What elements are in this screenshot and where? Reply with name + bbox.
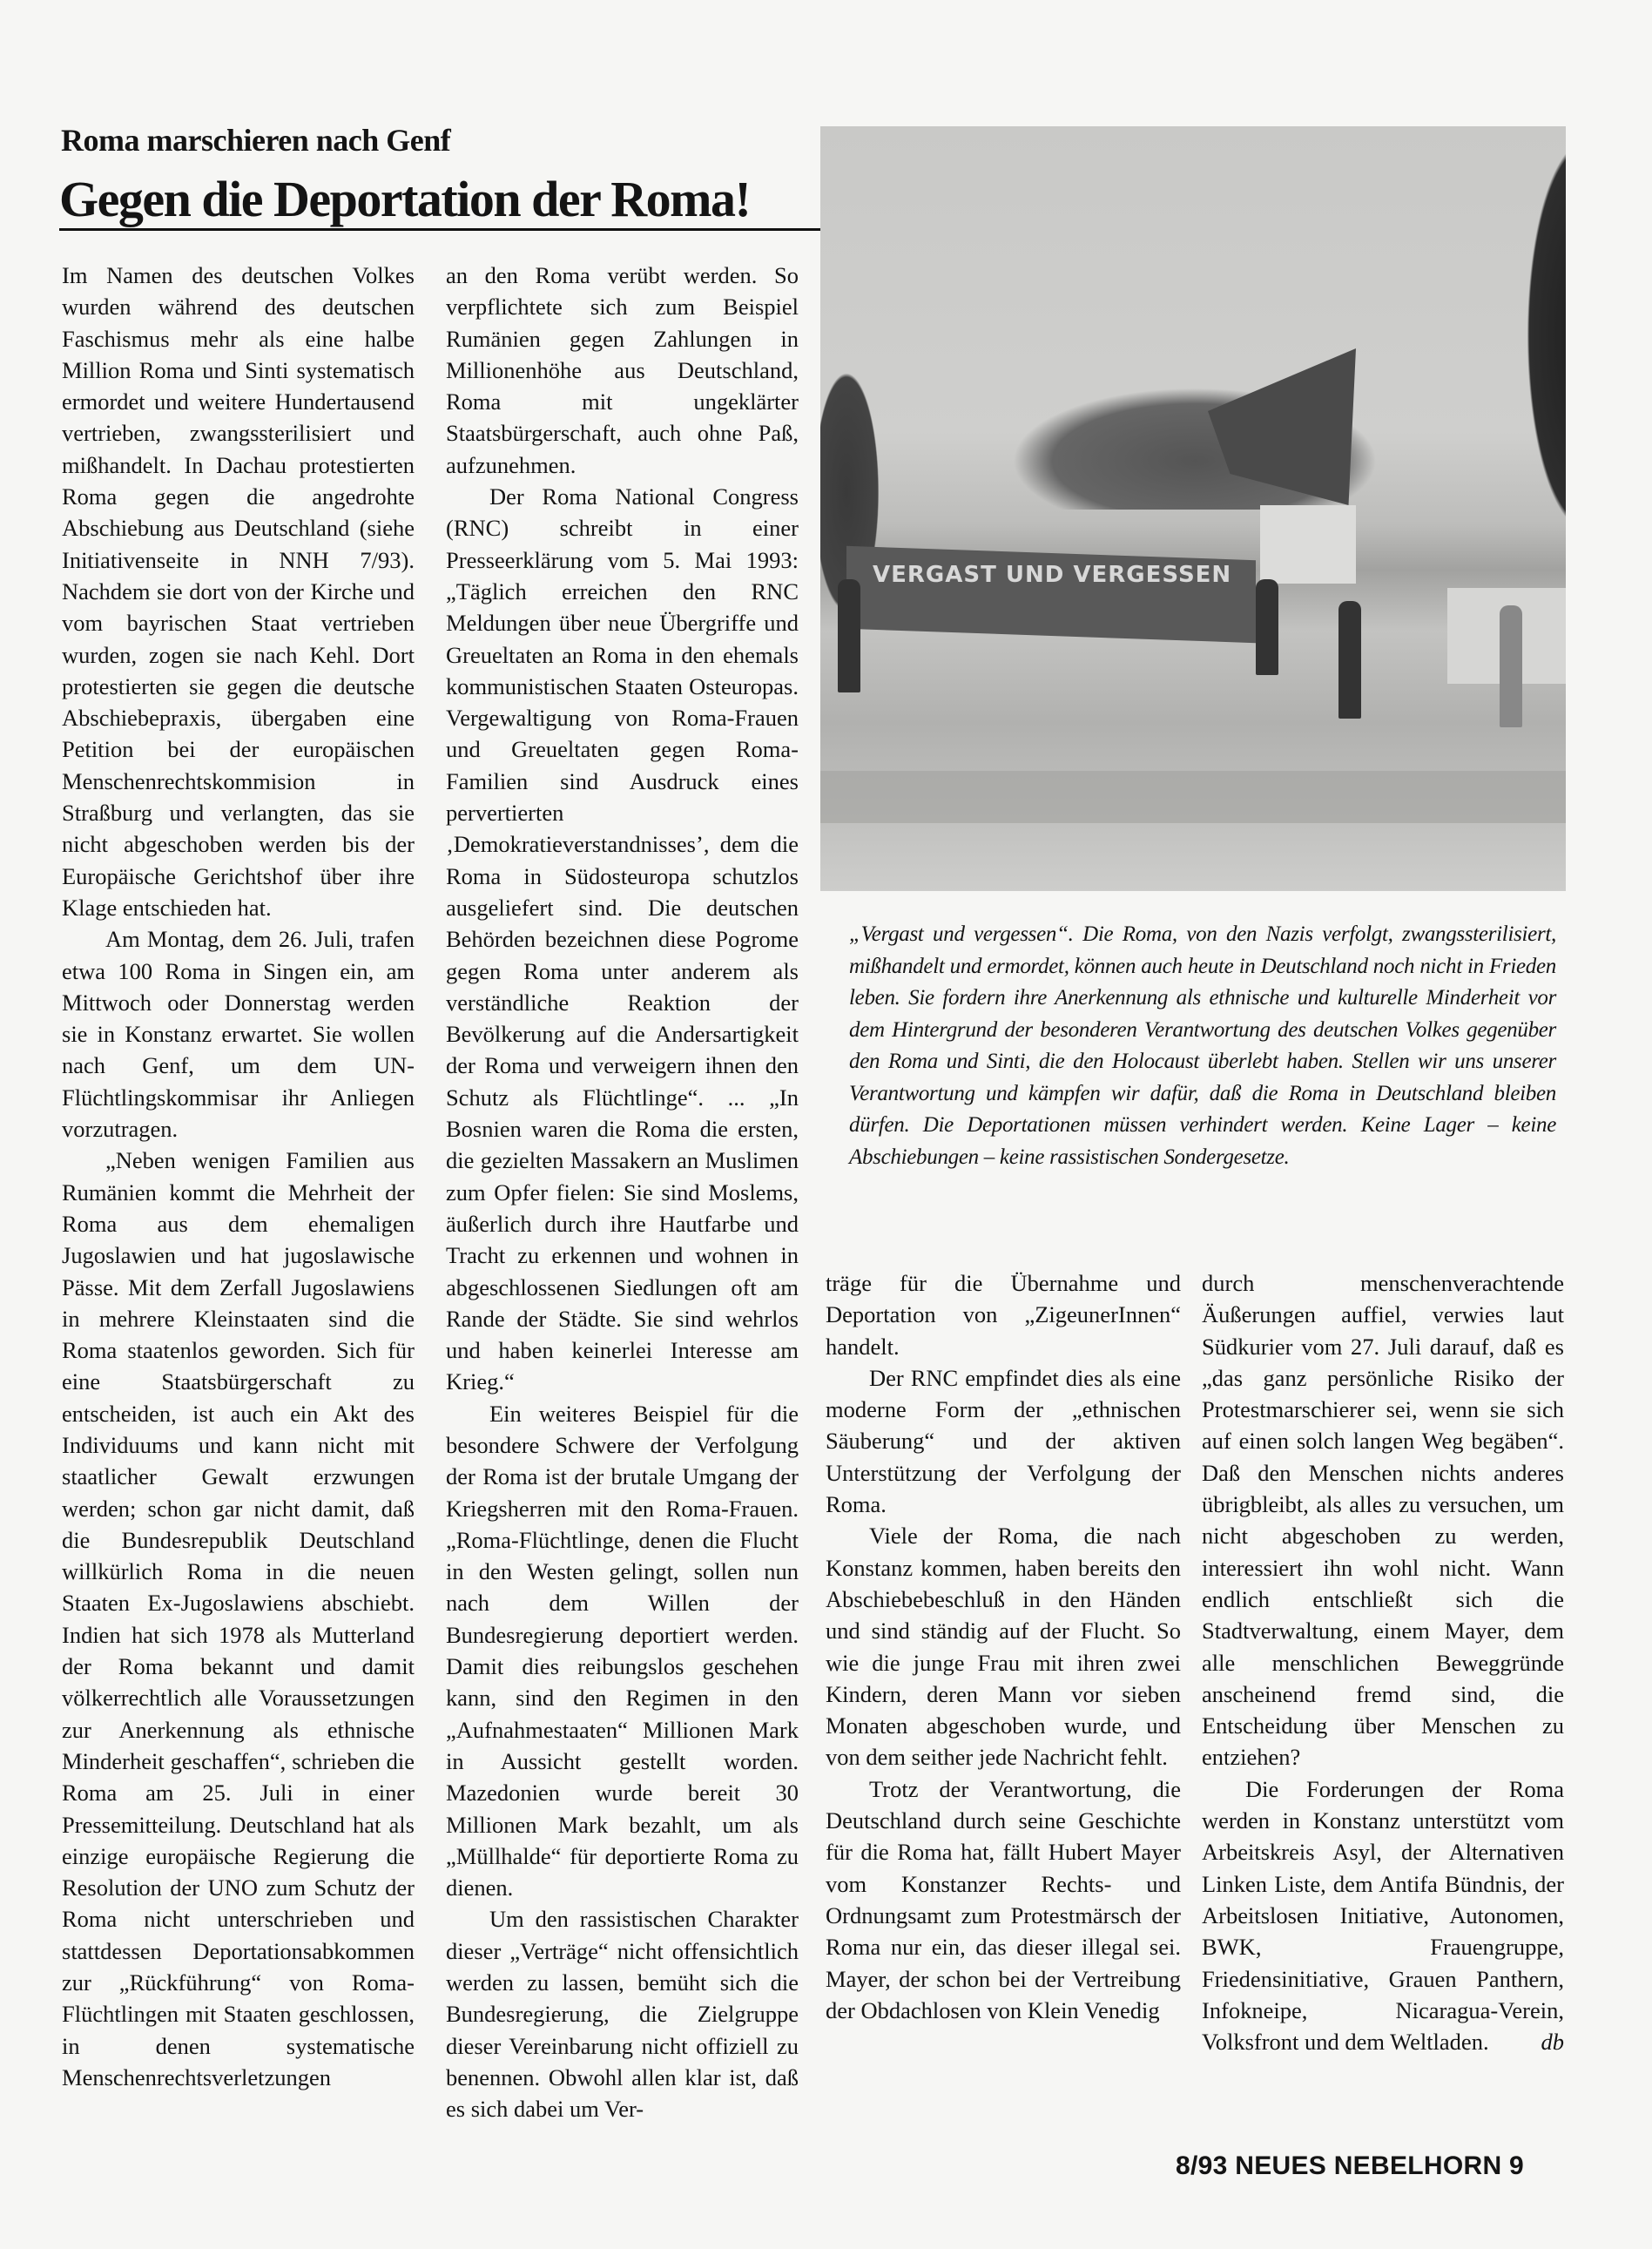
photo-person	[1256, 579, 1278, 675]
text-column-4: durch menschenverachtende Äußerungen auf…	[1202, 1267, 1564, 2057]
headline-rule	[59, 228, 820, 231]
paragraph: an den Roma verübt werden. So verpflicht…	[446, 260, 799, 481]
paragraph: Die Forderungen der Roma werden in Konst…	[1202, 1773, 1564, 2058]
paragraph: durch menschenverachtende Äußerungen auf…	[1202, 1267, 1564, 1773]
text-column-1: Im Namen des deutschen Volkes wurden wäh…	[62, 260, 415, 2093]
paragraph: Viele der Roma, die nach Konstanz kommen…	[826, 1520, 1181, 1773]
photo-person	[838, 579, 860, 692]
text-column-3: träge für die Übernahme und Deportation …	[826, 1267, 1181, 2026]
photo-road-shadow	[820, 771, 1566, 823]
photo-person	[1338, 601, 1361, 719]
photo-caption: „Vergast und vergessen“. Die Roma, von d…	[849, 919, 1556, 1173]
paragraph: Um den rassistischen Charakter dieser „V…	[446, 1903, 799, 2124]
paragraph: Ein weiteres Beispiel für die besondere …	[446, 1398, 799, 1904]
paragraph: „Neben wenigen Familien aus Rumänien kom…	[62, 1145, 415, 2093]
paragraph-text: Die Forderungen der Roma werden in Konst…	[1202, 1776, 1564, 2055]
paragraph: Der Roma National Congress (RNC) schreib…	[446, 481, 799, 1398]
photo-banner-text: VERGAST UND VERGESSEN	[873, 562, 1231, 588]
text-column-2: an den Roma verübt werden. So verpflicht…	[446, 260, 799, 2125]
paragraph: träge für die Übernahme und Deportation …	[826, 1267, 1181, 1362]
article-kicker: Roma marschieren nach Genf	[61, 122, 450, 159]
article-headline: Gegen die Deportation der Roma!	[59, 174, 750, 225]
paragraph: Trotz der Verantwortung, die Deutschland…	[826, 1773, 1181, 2026]
photo-banner	[846, 546, 1256, 643]
photo-sign	[1260, 505, 1356, 584]
protest-march-photo: VERGAST UND VERGESSEN	[820, 126, 1566, 891]
author-signature: db	[1498, 2026, 1565, 2057]
paragraph: Der RNC empfindet dies als eine moderne …	[826, 1362, 1181, 1520]
paragraph: Im Namen des deutschen Volkes wurden wäh…	[62, 260, 415, 923]
page-footer: 8/93 NEUES NEBELHORN 9	[1176, 2151, 1524, 2181]
photo-person	[1500, 605, 1522, 727]
paragraph: Am Montag, dem 26. Juli, trafen etwa 100…	[62, 923, 415, 1145]
